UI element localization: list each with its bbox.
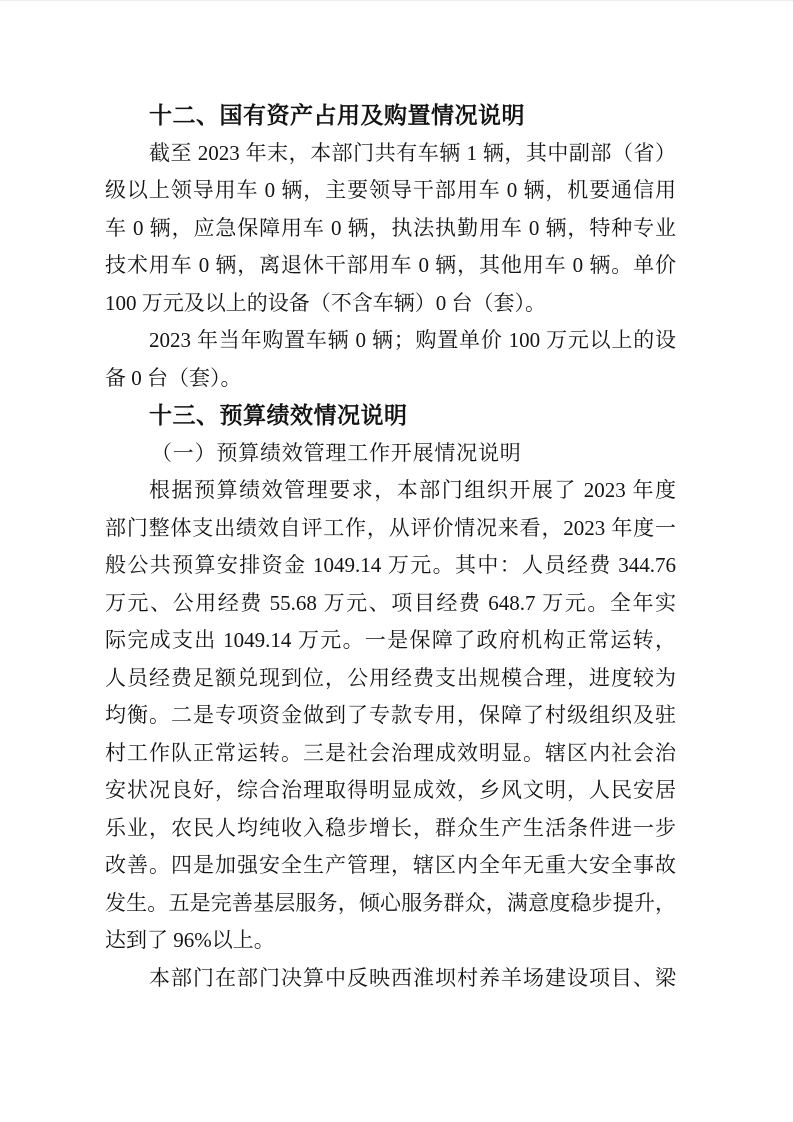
body-text-line: 达到了 96%以上。: [105, 922, 676, 960]
body-text-line: 根据预算绩效管理要求，本部门组织开展了 2023 年度: [105, 472, 676, 510]
body-text-line: 2023 年当年购置车辆 0 辆；购置单价 100 万元以上的设: [105, 322, 676, 360]
body-text-line: 车 0 辆，应急保障用车 0 辆，执法执勤用车 0 辆，特种专业: [105, 210, 676, 248]
body-text-line: 技术用车 0 辆，离退休干部用车 0 辆，其他用车 0 辆。单价: [105, 247, 676, 285]
body-text-line: 本部门在部门决算中反映西淮坝村养羊场建设项目、梁: [105, 960, 676, 998]
document-page: 十二、国有资产占用及购置情况说明 截至 2023 年末，本部门共有车辆 1 辆，…: [0, 0, 793, 1122]
body-text-line: 截至 2023 年末，本部门共有车辆 1 辆，其中副部（省）: [105, 135, 676, 173]
body-text-line: 万元、公用经费 55.68 万元、项目经费 648.7 万元。全年实: [105, 585, 676, 623]
body-text-line: 发生。五是完善基层服务，倾心服务群众，满意度稳步提升，: [105, 885, 676, 923]
body-text-line: 部门整体支出绩效自评工作，从评价情况来看，2023 年度一: [105, 510, 676, 548]
section-13-heading: 十三、预算绩效情况说明: [105, 397, 676, 435]
body-text-line: 村工作队正常运转。三是社会治理成效明显。辖区内社会治: [105, 735, 676, 773]
body-text-line: 乐业，农民人均纯收入稳步增长，群众生产生活条件进一步: [105, 810, 676, 848]
body-text-line: 改善。四是加强安全生产管理，辖区内全年无重大安全事故: [105, 847, 676, 885]
section-13-subheading: （一）预算绩效管理工作开展情况说明: [105, 435, 676, 473]
body-text-line: 备 0 台（套）。: [105, 360, 676, 398]
body-text-line: 级以上领导用车 0 辆，主要领导干部用车 0 辆，机要通信用: [105, 172, 676, 210]
section-12-heading: 十二、国有资产占用及购置情况说明: [105, 97, 676, 135]
body-text-line: 100 万元及以上的设备（不含车辆）0 台（套）。: [105, 285, 676, 323]
body-text-line: 际完成支出 1049.14 万元。一是保障了政府机构正常运转，: [105, 622, 676, 660]
body-text-line: 般公共预算安排资金 1049.14 万元。其中：人员经费 344.76: [105, 547, 676, 585]
body-text-line: 均衡。二是专项资金做到了专款专用，保障了村级组织及驻: [105, 697, 676, 735]
body-text-line: 安状况良好，综合治理取得明显成效，乡风文明，人民安居: [105, 772, 676, 810]
body-text-line: 人员经费足额兑现到位，公用经费支出规模合理，进度较为: [105, 660, 676, 698]
